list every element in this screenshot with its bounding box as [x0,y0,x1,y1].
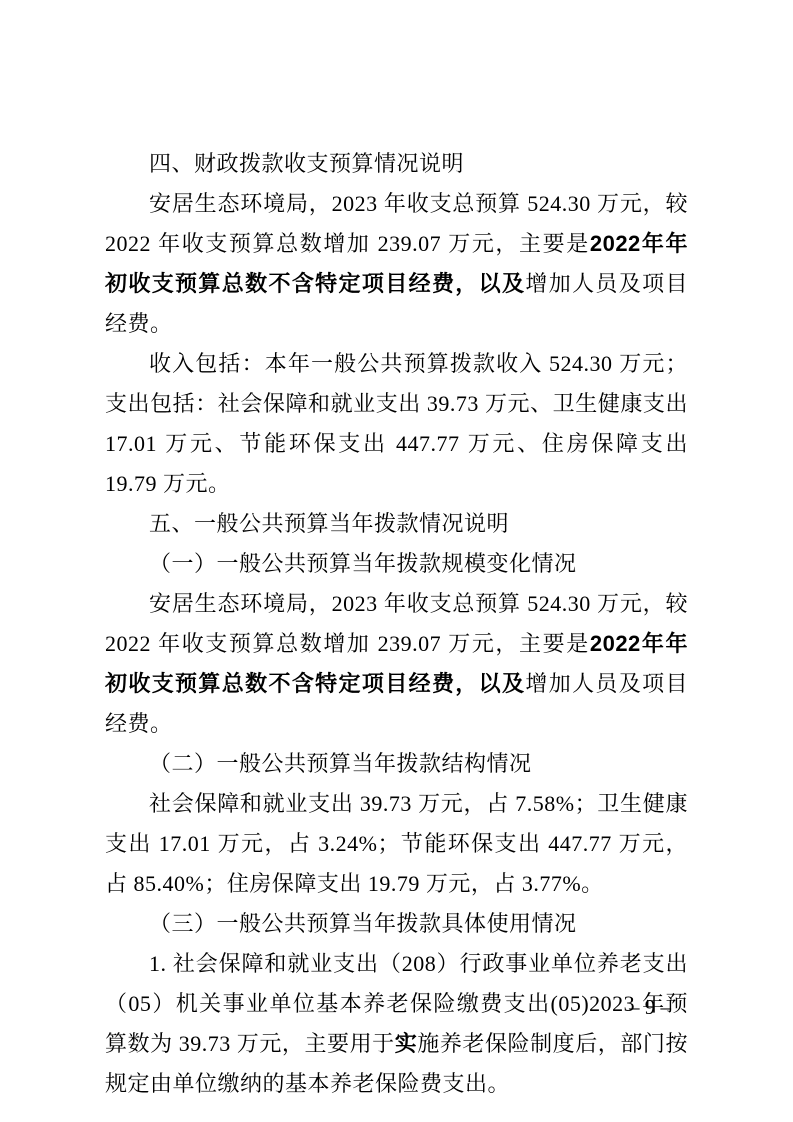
section-4-heading: 四、财政拨款收支预算情况说明 [105,144,688,184]
section-5-sub-1-heading: （一）一般公共预算当年拨款规模变化情况 [105,544,688,584]
section-5-sub-2-paragraph: 社会保障和就业支出 39.73 万元，占 7.58%；卫生健康支出 17.01 … [105,784,688,904]
document-content: 四、财政拨款收支预算情况说明 安居生态环境局，2023 年收支总预算 524.3… [105,144,688,1104]
section-4-paragraph-2: 收入包括：本年一般公共预算拨款收入 524.30 万元；支出包括：社会保障和就业… [105,344,688,504]
document-page: 四、财政拨款收支预算情况说明 安居生态环境局，2023 年收支总预算 524.3… [0,0,793,1122]
section-5-heading: 五、一般公共预算当年拨款情况说明 [105,504,688,544]
section-5-sub-3-item-1: 1. 社会保障和就业支出（208）行政事业单位养老支出（05）机关事业单位基本养… [105,944,688,1104]
section-5-sub-1-paragraph: 安居生态环境局，2023 年收支总预算 524.30 万元，较 2022 年收支… [105,584,688,744]
bold-text-run: 实 [395,1031,418,1056]
section-4-paragraph-1: 安居生态环境局，2023 年收支总预算 524.30 万元，较 2022 年收支… [105,184,688,344]
section-5-sub-2-heading: （二）一般公共预算当年拨款结构情况 [105,744,688,784]
page-number: – 9 – [600,995,700,1019]
section-5-sub-3-heading: （三）一般公共预算当年拨款具体使用情况 [105,904,688,944]
